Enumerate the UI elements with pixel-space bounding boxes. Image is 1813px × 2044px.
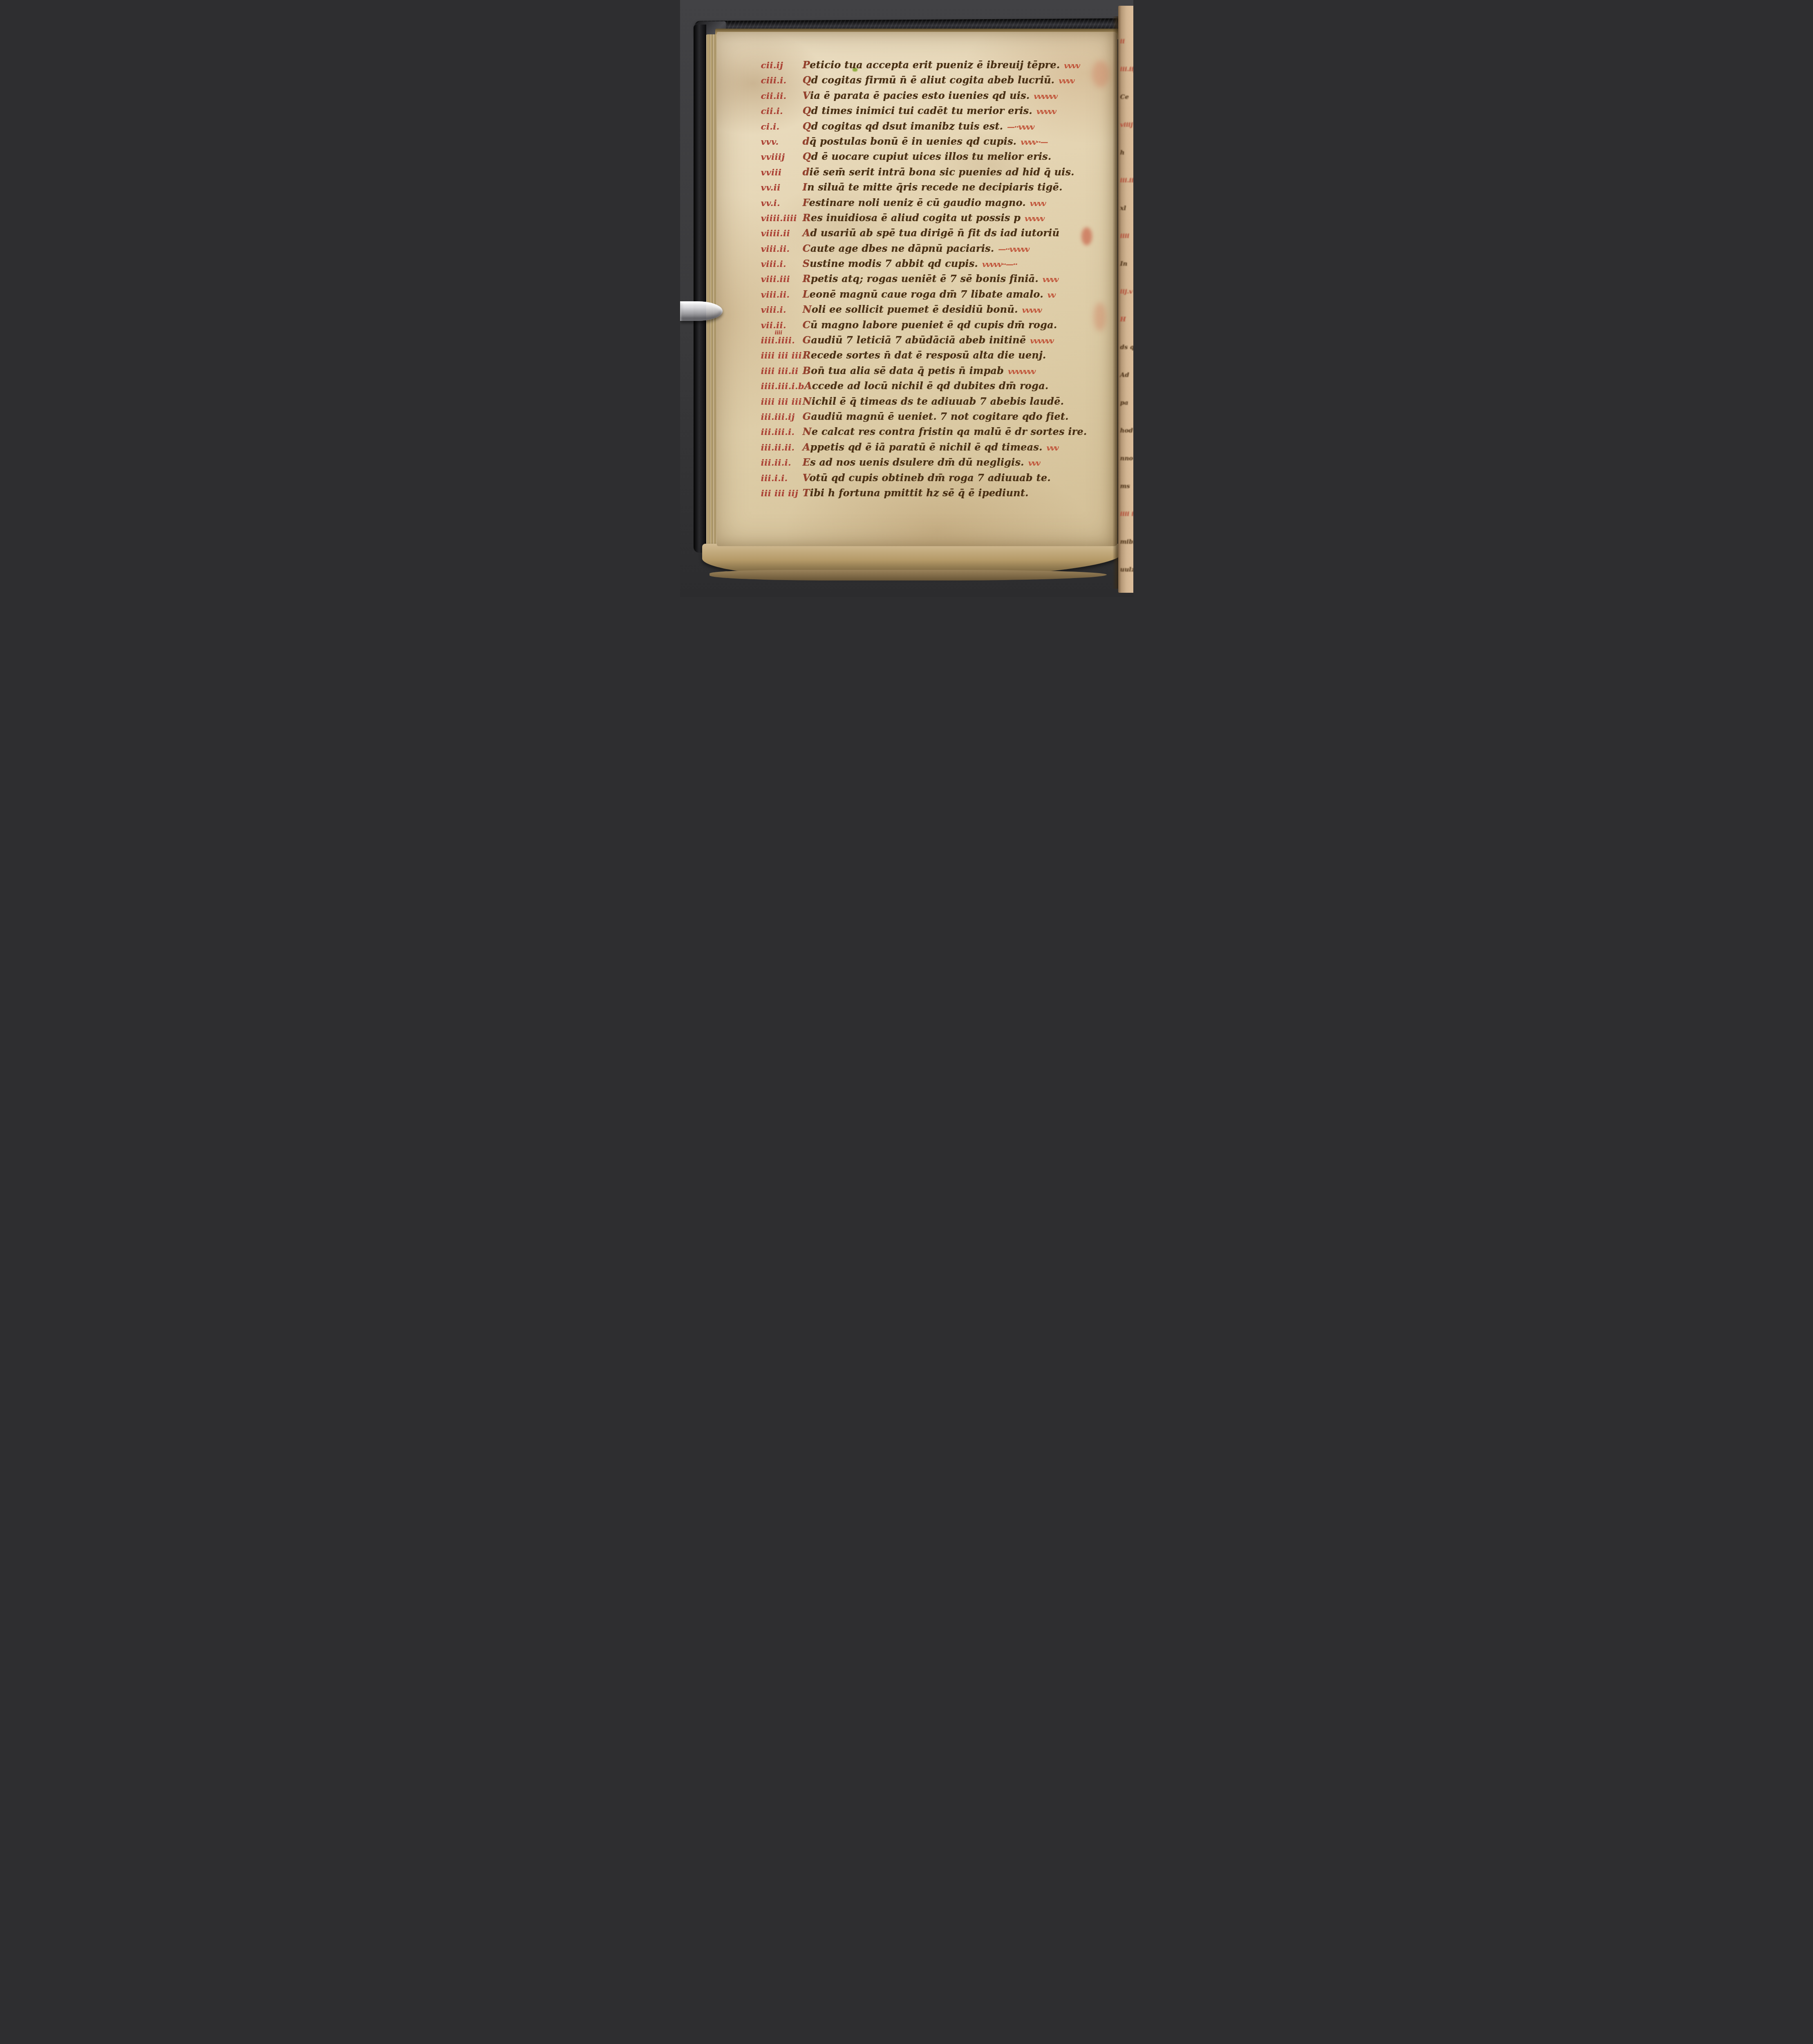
margin-lot-numeral: vviiij <box>761 152 803 162</box>
margin-lot-numeral: viii.iii <box>761 274 803 284</box>
line-text: Rpetis atq; rogas ueniēt ē 7 sē bonis fi… <box>803 273 1039 285</box>
facing-page-fragment: In <box>1120 260 1133 267</box>
leaf-edges-left <box>706 34 718 548</box>
manuscript-line: viii.i.Noli ee sollicit puemet ē desidiū… <box>761 303 1116 318</box>
manuscript-line: viii.ii.Caute age dbes ne dāpnū paciaris… <box>761 242 1116 258</box>
facing-page-fragment: xl <box>1120 204 1133 212</box>
manuscript-line: vviiijQd ē uocare cupiut uices illos tu … <box>761 150 1116 166</box>
manuscript-line: iii.iii.ijGaudiū magnū ē ueniet. 7 not c… <box>761 410 1116 426</box>
line-text: Ne calcat res contra fristin qa malū ē d… <box>803 426 1087 437</box>
red-line-filler: vvvvvvv <box>1008 367 1035 376</box>
red-line-filler: vvvvvv <box>1034 92 1057 101</box>
margin-lot-numeral: cii.i. <box>761 106 803 116</box>
leaf-edges-bottom <box>702 544 1123 576</box>
margin-lot-numeral: viii.ii. <box>761 244 803 254</box>
manuscript-line: iii.ii.ii.Appetis qd ē iā paratū ē nichi… <box>761 441 1116 456</box>
manuscript-line: iii.iii.i.Ne calcat res contra fristin q… <box>761 426 1116 441</box>
manuscript-line: iii.i.i.Votū qd cupis obtineb dm̄ roga 7… <box>761 472 1116 487</box>
line-text: Gaudiū magnū ē ueniet. 7 not cogitare qd… <box>803 410 1069 422</box>
manuscript-line: vv.i.Festinare noli ueniz ē cū gaudio ma… <box>761 197 1116 212</box>
line-text: Qd cogitas qd dsut imanibz tuis est. <box>803 120 1003 132</box>
margin-lot-numeral: viiii.ii <box>761 228 803 238</box>
facing-page-fragment: hod <box>1120 427 1133 434</box>
facing-page-sliver: ii iii.iij Ce viiij h iii.ii xl iiii In … <box>1118 6 1133 593</box>
line-text: Res inuidiosa ē aliud cogita ut possis p <box>803 212 1021 224</box>
red-line-filler: vvvvv <box>1036 107 1056 116</box>
margin-lot-numeral: iii.i.i. <box>761 473 803 483</box>
line-text: Via ē parata ē pacies esto iuenies qd ui… <box>803 90 1030 101</box>
manuscript-line: cii.i.Qd times inimici tui cadēt tu meri… <box>761 105 1116 120</box>
line-text: Recede sortes n̄ dat ē resposū alta die … <box>803 349 1046 361</box>
manuscript-line: cii.ijPeticio tua accepta erit pueniz ē … <box>761 59 1116 74</box>
red-line-filler: vvvvvv <box>1030 336 1053 345</box>
line-text: Cū magno labore pueniet ē qd cupis dm̄ r… <box>803 319 1057 331</box>
line-text: Bon̄ tua alia sē data q̄ petis n̄ impab <box>803 365 1004 377</box>
margin-lot-numeral: iii iii iij <box>761 488 803 498</box>
manuscript-line: viii.ii.Leonē magnū caue roga dm̄ 7 liba… <box>761 288 1116 303</box>
margin-lot-numeral: iiii iii iii <box>761 397 803 407</box>
line-text: Nichil ē q̄ timeas ds te adiuuab 7 abebi… <box>803 395 1064 407</box>
facing-page-fragment: Ad <box>1120 371 1133 379</box>
line-text: Qd times inimici tui cadēt tu merior eri… <box>803 105 1032 117</box>
margin-lot-numeral: cii.ij <box>761 60 803 70</box>
line-text: Noli ee sollicit puemet ē desidiū bonū. <box>803 303 1018 315</box>
margin-lot-numeral: iiii iii iii <box>761 350 803 361</box>
line-text: Festinare noli ueniz ē cū gaudio magno. <box>803 197 1026 208</box>
manuscript-line: vviiidiē sem̄ serit intrā bona sic pueni… <box>761 166 1116 181</box>
margin-lot-numeral: viii.i. <box>761 259 803 269</box>
manuscript-line: vvv.dq̄ postulas bonū ē in uenies qd cup… <box>761 135 1116 150</box>
line-text: Peticio tua accepta erit pueniz ē ibreui… <box>803 59 1060 71</box>
red-line-filler: —··vvvv <box>1007 123 1034 132</box>
line-text: Gaudiū 7 leticiā 7 abūdāciā abeb initinē <box>803 334 1026 346</box>
facing-page-fragment: iij.v <box>1120 288 1133 295</box>
red-line-filler: —··vvvvv <box>998 245 1029 254</box>
margin-lot-numeral: vii.ii. <box>761 320 803 330</box>
facing-page-fragment: ds q <box>1120 343 1133 351</box>
manuscript-line: ci.i.Qd cogitas qd dsut imanibz tuis est… <box>761 120 1116 135</box>
line-text: diē sem̄ serit intrā bona sic puenies ad… <box>803 166 1074 178</box>
manuscript-line: iiii.iii.i.bAccede ad locū nichil ē qd d… <box>761 380 1116 395</box>
facing-page-fragment: pa <box>1120 399 1133 406</box>
line-text: Accede ad locū nichil ē qd dubites dm̄ r… <box>804 380 1048 392</box>
red-line-filler: vvvv <box>1043 275 1058 284</box>
manuscript-line: iiii.iiii.iiiiGaudiū 7 leticiā 7 abūdāci… <box>761 334 1116 349</box>
red-line-filler: vvvv <box>1064 61 1079 70</box>
red-line-filler: vv <box>1048 291 1055 300</box>
margin-lot-numeral: viiii.iiii <box>761 213 803 223</box>
margin-superscript: iiii <box>775 330 782 336</box>
facing-page-fragment: iii.iij <box>1120 65 1133 73</box>
line-text: In siluā te mitte q̄ris recede ne decipi… <box>803 181 1063 193</box>
margin-lot-numeral: vviii <box>761 167 803 177</box>
margin-lot-numeral: iii.iii.i. <box>761 427 803 437</box>
line-text: dq̄ postulas bonū ē in uenies qd cupis. <box>803 135 1017 147</box>
manuscript-line: vv.iiIn siluā te mitte q̄ris recede ne d… <box>761 181 1116 196</box>
manuscript-line: cii.ii.Via ē parata ē pacies esto iuenie… <box>761 90 1116 105</box>
manuscript-line: viii.iiiRpetis atq; rogas ueniēt ē 7 sē … <box>761 273 1116 288</box>
facing-page-fragment: nno <box>1120 455 1133 462</box>
line-text: Tibi h fortuna pmittit hz sē q̄ ē ipediu… <box>803 487 1029 499</box>
facing-page-fragment: uulz <box>1120 566 1133 573</box>
text-block: cii.ijPeticio tua accepta erit pueniz ē … <box>761 59 1116 502</box>
red-line-filler: vvv <box>1047 444 1059 453</box>
facing-page-fragment: H <box>1120 316 1133 323</box>
margin-lot-numeral: iiii.iiii.iiii <box>761 335 803 345</box>
manuscript-line: ciii.i.Qd cogitas firmū n̄ ē aliut cogit… <box>761 74 1116 89</box>
manuscript-line: iiii iii.iiBon̄ tua alia sē data q̄ peti… <box>761 365 1116 380</box>
line-text: Appetis qd ē iā paratū ē nichil ē qd tim… <box>803 441 1043 453</box>
facing-page-fragment: iii.ii <box>1120 177 1133 184</box>
red-line-filler: vvvvv <box>1022 306 1041 315</box>
manuscript-line: iiii iii iiiRecede sortes n̄ dat ē respo… <box>761 349 1116 364</box>
red-line-filler: vvvv <box>1059 76 1074 85</box>
line-text: Sustine modis 7 abbit qd cupis. <box>803 258 978 269</box>
manuscript-line: vii.ii.Cū magno labore pueniet ē qd cupi… <box>761 319 1116 334</box>
line-text: Es ad nos uenis dsulere dm̄ dū negligis. <box>803 456 1024 468</box>
line-text: Leonē magnū caue roga dm̄ 7 libate amalo… <box>803 288 1043 300</box>
margin-lot-numeral: ci.i. <box>761 121 803 132</box>
facing-page-fragment: h <box>1120 149 1133 156</box>
margin-lot-numeral: viii.i. <box>761 305 803 315</box>
red-line-filler: vvvv <box>1030 199 1045 208</box>
facing-page-fragment: mibz <box>1120 538 1133 545</box>
manuscript-line: viiii.iiiiRes inuidiosa ē aliud cogita u… <box>761 212 1116 227</box>
manuscript-line: iiii iii iiiNichil ē q̄ timeas ds te adi… <box>761 395 1116 410</box>
margin-lot-numeral: vv.i. <box>761 198 803 208</box>
manuscript-line: iii iii iijTibi h fortuna pmittit hz sē … <box>761 487 1116 502</box>
margin-lot-numeral: iiii.iii.i.b <box>761 381 804 391</box>
margin-lot-numeral: iiii iii.ii <box>761 366 803 376</box>
book-cover-left-edge <box>694 25 706 553</box>
margin-lot-numeral: ciii.i. <box>761 75 803 85</box>
margin-lot-numeral: cii.ii. <box>761 91 803 101</box>
line-text: Votū qd cupis obtineb dm̄ roga 7 adiuuab… <box>803 472 1051 484</box>
facing-page-fragment: ii <box>1120 38 1133 45</box>
line-text: Ad usariū ab spē tua dirigē n̄ fit ds ia… <box>803 227 1060 239</box>
line-text: Qd cogitas firmū n̄ ē aliut cogita abeb … <box>803 74 1055 86</box>
red-line-filler: vvv <box>1028 459 1040 468</box>
red-line-filler: vvvvv <box>1025 214 1044 223</box>
line-text: Caute age dbes ne dāpnū paciaris. <box>803 242 994 254</box>
margin-lot-numeral: iii.ii.ii. <box>761 442 803 453</box>
margin-lot-numeral: iii.iii.ij <box>761 412 803 422</box>
facing-page-fragment: viiij <box>1120 121 1133 128</box>
margin-lot-numeral: iii.ii.i. <box>761 457 803 468</box>
facing-page-fragment: iiii <box>1120 232 1133 240</box>
red-line-filler: vvvv··— <box>1021 138 1048 147</box>
margin-lot-numeral: viii.ii. <box>761 289 803 300</box>
manuscript-line: iii.ii.i.Es ad nos uenis dsulere dm̄ dū … <box>761 456 1116 471</box>
manuscript-photo: cii.ijPeticio tua accepta erit pueniz ē … <box>680 0 1133 597</box>
line-text: Qd ē uocare cupiut uices illos tu melior… <box>803 150 1052 162</box>
facing-page-fragment: iiii ii <box>1120 510 1133 518</box>
facing-page-fragment: Ce <box>1120 93 1133 101</box>
facing-page-fragment: ms <box>1120 482 1133 490</box>
margin-lot-numeral: vvv. <box>761 137 803 147</box>
margin-lot-numeral: vv.ii <box>761 182 803 193</box>
manuscript-line: viiii.iiAd usariū ab spē tua dirigē n̄ f… <box>761 227 1116 242</box>
manuscript-line: viii.i.Sustine modis 7 abbit qd cupis.vv… <box>761 258 1116 273</box>
red-line-filler: vvvvv··—·· <box>982 260 1017 269</box>
